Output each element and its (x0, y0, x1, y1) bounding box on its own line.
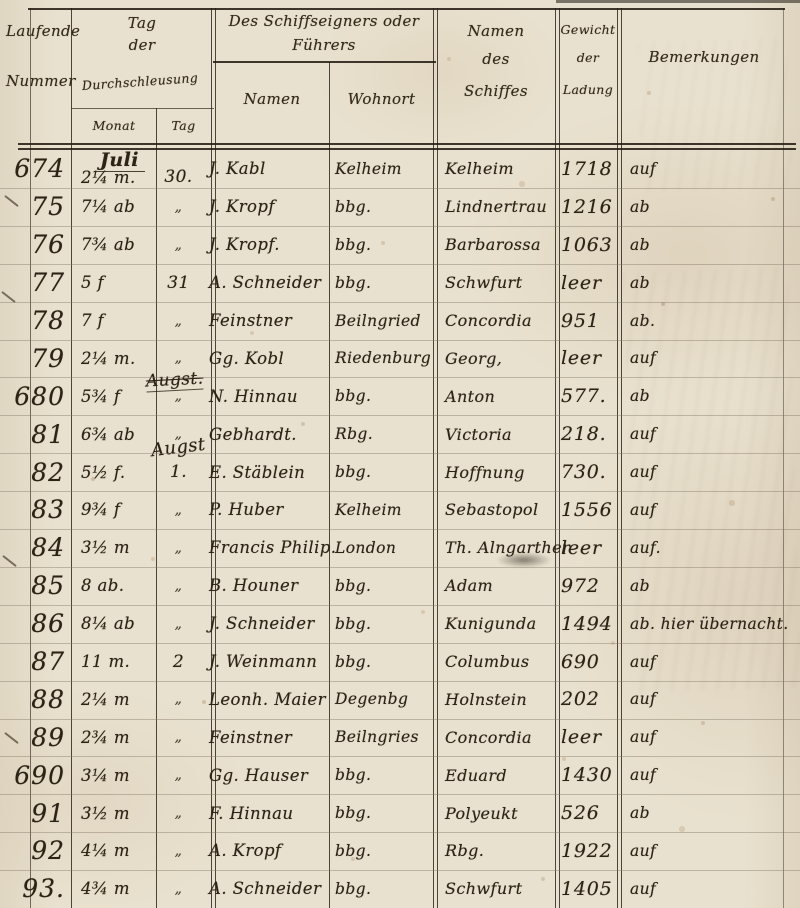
cell-schiffsname: Concordia (435, 718, 558, 756)
header-der-word: der (72, 36, 212, 54)
header-schiff-3: Schiffes (437, 82, 555, 100)
cell-tag: 31 (157, 264, 200, 302)
header-bemerkungen: Bemerkungen (625, 48, 783, 66)
cell-schiffseigner-name: Feinstner (200, 302, 330, 340)
header-laufende: Laufende (6, 22, 70, 40)
table-row: 88 2¼ m „ Leonh. Maier Degenbg Holnstein… (0, 680, 800, 718)
cell-schiffsname: Eduard (435, 756, 558, 794)
cell-wohnort: bbg. (330, 832, 435, 870)
cell-monat-uhrzeit: 4¾ m (72, 870, 157, 908)
cell-schiffsname: Adam (435, 567, 558, 605)
cell-wohnort: bbg. (330, 264, 435, 302)
cell-schiffseigner-name: A. Kropf (200, 832, 330, 870)
cell-schiffseigner-name: B. Houner (200, 567, 330, 605)
table-row: 75 7¼ ab „ J. Kropf bbg. Lindnertrau 121… (0, 188, 800, 226)
ruling-line (0, 340, 800, 341)
cell-wohnort: bbg. (330, 226, 435, 264)
cell-schiffsname: Columbus (435, 643, 558, 681)
table-row: 690 3¼ m „ Gg. Hauser bbg. Eduard 1430 a… (0, 756, 800, 794)
cell-schiffseigner-name: Leonh. Maier (200, 680, 330, 718)
cell-monat-uhrzeit: 2¼ m. (72, 150, 157, 188)
cell-bemerkung: auf (620, 339, 800, 377)
cell-bemerkung: auf. (620, 529, 800, 567)
table-row: 82 5½ f. 1. E. Stäblein bbg. Hoffnung 73… (0, 453, 800, 491)
cell-schiffseigner-name: A. Schneider (200, 264, 330, 302)
table-row: 85 8 ab. „ B. Houner bbg. Adam 972 ab (0, 567, 800, 605)
table-row: 76 7¾ ab „ J. Kropf. bbg. Barbarossa 106… (0, 226, 800, 264)
cell-tag: 1. (157, 453, 200, 491)
cell-wohnort: bbg. (330, 643, 435, 681)
ruling-line (0, 415, 800, 416)
header-ladung-1: Gewicht (557, 22, 619, 37)
cell-ladung-gewicht: 1063 (558, 226, 620, 264)
cell-wohnort: bbg. (330, 567, 435, 605)
cell-wohnort: Rbg. (330, 415, 435, 453)
cell-monat-uhrzeit: 4¼ m (72, 832, 157, 870)
cell-laufende-nummer: 77 (0, 264, 72, 302)
table-row: 89 2¾ m „ Feinstner Beilngries Concordia… (0, 718, 800, 756)
cell-schiffseigner-name: Gg. Kobl (200, 339, 330, 377)
cell-bemerkung: auf (620, 150, 800, 188)
cell-monat-uhrzeit: 8¼ ab (72, 605, 157, 643)
ruling-line (0, 529, 800, 530)
cell-tag: „ (157, 188, 200, 226)
header-schiff-2: des (437, 50, 555, 68)
cell-tag: „ (157, 339, 200, 377)
cell-bemerkung: ab. hier übernacht. (620, 605, 800, 643)
header-wohnort: Wohnort (330, 90, 433, 108)
cell-schiffseigner-name: N. Hinnau (200, 377, 330, 415)
cell-laufende-nummer: 75 (0, 188, 72, 226)
cell-monat-uhrzeit: 11 m. (72, 643, 157, 681)
header-monat: Monat (72, 118, 156, 133)
cell-schiffseigner-name: J. Weinmann (200, 643, 330, 681)
cell-bemerkung: auf (620, 643, 800, 681)
cell-wohnort: Degenbg (330, 680, 435, 718)
table-hline (28, 8, 785, 10)
cell-wohnort: bbg. (330, 188, 435, 226)
cell-laufende-nummer: 93. (0, 870, 72, 908)
cell-monat-uhrzeit: 5¾ f (72, 377, 157, 415)
cell-schiffsname: Lindnertrau (435, 188, 558, 226)
cell-wohnort: bbg. (330, 794, 435, 832)
cell-bemerkung: ab (620, 264, 800, 302)
cell-ladung-gewicht: 951 (558, 302, 620, 340)
ruling-line (0, 756, 800, 757)
cell-schiffsname: Victoria (435, 415, 558, 453)
cell-monat-uhrzeit: 5 f (72, 264, 157, 302)
ruling-line (0, 567, 800, 568)
ruling-line (0, 870, 800, 871)
table-row: 92 4¼ m „ A. Kropf bbg. Rbg. 1922 auf (0, 832, 800, 870)
cell-schiffseigner-name: Gg. Hauser (200, 756, 330, 794)
cell-wohnort: Kelheim (330, 150, 435, 188)
cell-laufende-nummer: 76 (0, 226, 72, 264)
cell-ladung-gewicht: 1718 (558, 150, 620, 188)
ruling-line (0, 832, 800, 833)
cell-ladung-gewicht: 972 (558, 567, 620, 605)
cell-bemerkung: auf (620, 756, 800, 794)
cell-laufende-nummer: 79 (0, 339, 72, 377)
cell-schiffsname: Kunigunda (435, 605, 558, 643)
cell-ladung-gewicht: 730. (558, 453, 620, 491)
cell-schiffsname: Georg, (435, 339, 558, 377)
table-row: 84 3½ m „ Francis Philip. London Th. Aln… (0, 529, 800, 567)
cell-schiffseigner-name: Feinstner (200, 718, 330, 756)
cell-tag: „ (157, 680, 200, 718)
cell-schiffsname: Polyeukt (435, 794, 558, 832)
cell-bemerkung: auf (620, 832, 800, 870)
cell-monat-uhrzeit: 8 ab. (72, 567, 157, 605)
cell-monat-uhrzeit: 7 f (72, 302, 157, 340)
cell-schiffseigner-name: A. Schneider (200, 870, 330, 908)
header-durchschleusung: Durchschleusung (64, 69, 217, 95)
ledger-page: Laufende Nummer Tag der Durchschleusung … (0, 0, 800, 908)
ruling-line (0, 719, 800, 720)
table-row: 674 2¼ m. 30. J. Kabl Kelheim Kelheim 17… (0, 150, 800, 188)
cell-schiffsname: Sebastopol (435, 491, 558, 529)
cell-ladung-gewicht: 1494 (558, 605, 620, 643)
table-hline (18, 143, 796, 145)
cell-ladung-gewicht: 1405 (558, 870, 620, 908)
table-row: 79 2¼ m. „ Gg. Kobl Riedenburg Georg, le… (0, 339, 800, 377)
table-row: 78 7 f „ Feinstner Beilngried Concordia … (0, 302, 800, 340)
cell-tag: „ (157, 718, 200, 756)
cell-monat-uhrzeit: 2¾ m (72, 718, 157, 756)
cell-laufende-nummer: 81 (0, 415, 72, 453)
cell-tag: „ (157, 567, 200, 605)
cell-laufende-nummer: 674 (0, 150, 72, 188)
header-tag: Tag (156, 118, 211, 133)
cell-bemerkung: auf (620, 680, 800, 718)
scan-edge (556, 0, 800, 3)
cell-monat-uhrzeit: 3¼ m (72, 756, 157, 794)
cell-tag: „ (157, 605, 200, 643)
ruling-line (0, 605, 800, 606)
cell-tag: „ (157, 377, 200, 415)
cell-tag: 2 (157, 643, 200, 681)
ruling-line (0, 453, 800, 454)
cell-monat-uhrzeit: 3½ m (72, 794, 157, 832)
header-tag-word: Tag (72, 14, 212, 32)
cell-laufende-nummer: 88 (0, 680, 72, 718)
cell-bemerkung: ab (620, 567, 800, 605)
cell-monat-uhrzeit: 2¼ m (72, 680, 157, 718)
cell-ladung-gewicht: 1922 (558, 832, 620, 870)
table-row: 87 11 m. 2 J. Weinmann bbg. Columbus 690… (0, 643, 800, 681)
cell-schiffsname: Schwfurt (435, 870, 558, 908)
cell-tag: 30. (157, 150, 200, 188)
ruling-line (0, 226, 800, 227)
ruling-line (0, 643, 800, 644)
cell-schiffsname: Kelheim (435, 150, 558, 188)
header-fuehrers: Führers (213, 36, 435, 54)
cell-schiffsname: Th. Alngarther (435, 529, 558, 567)
cell-schiffseigner-name: P. Huber (200, 491, 330, 529)
cell-laufende-nummer: 85 (0, 567, 72, 605)
cell-tag: „ (157, 415, 200, 453)
cell-schiffseigner-name: J. Kropf. (200, 226, 330, 264)
cell-laufende-nummer: 82 (0, 453, 72, 491)
cell-monat-uhrzeit: 7¾ ab (72, 226, 157, 264)
table-row: 81 6¾ ab „ Gebhardt. Rbg. Victoria 218. … (0, 415, 800, 453)
ruling-line (0, 302, 800, 303)
cell-monat-uhrzeit: 7¼ ab (72, 188, 157, 226)
cell-tag: „ (157, 302, 200, 340)
ruling-line (0, 681, 800, 682)
cell-ladung-gewicht: 577. (558, 377, 620, 415)
ruling-line (0, 377, 800, 378)
cell-laufende-nummer: 91 (0, 794, 72, 832)
cell-schiffsname: Concordia (435, 302, 558, 340)
cell-laufende-nummer: 89 (0, 718, 72, 756)
cell-schiffsname: Hoffnung (435, 453, 558, 491)
cell-wohnort: bbg. (330, 377, 435, 415)
cell-bemerkung: ab (620, 188, 800, 226)
cell-bemerkung: auf (620, 870, 800, 908)
cell-bemerkung: ab. (620, 302, 800, 340)
cell-laufende-nummer: 86 (0, 605, 72, 643)
cell-laufende-nummer: 680 (0, 377, 72, 415)
cell-ladung-gewicht: leer (558, 718, 620, 756)
cell-schiffsname: Holnstein (435, 680, 558, 718)
cell-bemerkung: ab (620, 226, 800, 264)
cell-wohnort: Kelheim (330, 491, 435, 529)
cell-wohnort: bbg. (330, 870, 435, 908)
cell-bemerkung: auf (620, 453, 800, 491)
cell-tag: „ (157, 870, 200, 908)
cell-wohnort: Beilngried (330, 302, 435, 340)
table-hline (71, 108, 214, 109)
cell-laufende-nummer: 84 (0, 529, 72, 567)
cell-ladung-gewicht: leer (558, 529, 620, 567)
cell-laufende-nummer: 87 (0, 643, 72, 681)
table-row: 86 8¼ ab „ J. Schneider bbg. Kunigunda 1… (0, 605, 800, 643)
cell-schiffsname: Schwfurt (435, 264, 558, 302)
cell-wohnort: London (330, 529, 435, 567)
cell-bemerkung: ab (620, 794, 800, 832)
cell-bemerkung: auf (620, 415, 800, 453)
cell-schiffsname: Barbarossa (435, 226, 558, 264)
cell-schiffseigner-name: E. Stäblein (200, 453, 330, 491)
cell-schiffseigner-name: J. Kabl (200, 150, 330, 188)
cell-ladung-gewicht: leer (558, 264, 620, 302)
cell-schiffsname: Rbg. (435, 832, 558, 870)
cell-wohnort: bbg. (330, 453, 435, 491)
cell-bemerkung: auf (620, 491, 800, 529)
cell-ladung-gewicht: 218. (558, 415, 620, 453)
cell-bemerkung: ab (620, 377, 800, 415)
cell-laufende-nummer: 83 (0, 491, 72, 529)
cell-schiffseigner-name: Gebhardt. (200, 415, 330, 453)
cell-tag: „ (157, 226, 200, 264)
cell-wohnort: Riedenburg (330, 339, 435, 377)
cell-ladung-gewicht: 202 (558, 680, 620, 718)
cell-wohnort: bbg. (330, 756, 435, 794)
cell-monat-uhrzeit: 5½ f. (72, 453, 157, 491)
cell-schiffsname: Anton (435, 377, 558, 415)
cell-schiffseigner-name: J. Schneider (200, 605, 330, 643)
header-nummer: Nummer (6, 72, 70, 90)
cell-laufende-nummer: 92 (0, 832, 72, 870)
table-row: 680 5¾ f „ N. Hinnau bbg. Anton 577. ab (0, 377, 800, 415)
cell-ladung-gewicht: 1216 (558, 188, 620, 226)
cell-ladung-gewicht: leer (558, 339, 620, 377)
cell-ladung-gewicht: 690 (558, 643, 620, 681)
cell-tag: „ (157, 756, 200, 794)
header-ladung-3: Ladung (555, 82, 621, 97)
header-schiffseigner: Des Schiffseigners oder (213, 12, 435, 30)
cell-ladung-gewicht: 526 (558, 794, 620, 832)
ruling-line (0, 491, 800, 492)
cell-monat-uhrzeit: 3½ m (72, 529, 157, 567)
cell-bemerkung: auf (620, 718, 800, 756)
cell-schiffseigner-name: Francis Philip. (200, 529, 330, 567)
paper-speckles (0, 0, 2, 2)
cell-tag: „ (157, 491, 200, 529)
cell-monat-uhrzeit: 6¾ ab (72, 415, 157, 453)
table-row: 77 5 f 31 A. Schneider bbg. Schwfurt lee… (0, 264, 800, 302)
ruling-line (0, 188, 800, 189)
table-row: 93. 4¾ m „ A. Schneider bbg. Schwfurt 14… (0, 870, 800, 908)
cell-wohnort: Beilngries (330, 718, 435, 756)
cell-monat-uhrzeit: 9¾ f (72, 491, 157, 529)
cell-laufende-nummer: 690 (0, 756, 72, 794)
header-schiff-1: Namen (437, 22, 555, 40)
cell-wohnort: bbg. (330, 605, 435, 643)
cell-monat-uhrzeit: 2¼ m. (72, 339, 157, 377)
cell-tag: „ (157, 529, 200, 567)
ruling-line (0, 794, 800, 795)
cell-schiffseigner-name: J. Kropf (200, 188, 330, 226)
header-ladung-2: der (557, 50, 619, 65)
table-row: 83 9¾ f „ P. Huber Kelheim Sebastopol 15… (0, 491, 800, 529)
cell-ladung-gewicht: 1430 (558, 756, 620, 794)
cell-tag: „ (157, 832, 200, 870)
table-row: 91 3½ m „ F. Hinnau bbg. Polyeukt 526 ab (0, 794, 800, 832)
cell-schiffseigner-name: F. Hinnau (200, 794, 330, 832)
cell-laufende-nummer: 78 (0, 302, 72, 340)
header-namen: Namen (215, 90, 329, 108)
cell-ladung-gewicht: 1556 (558, 491, 620, 529)
table-hline (213, 61, 436, 63)
cell-tag: „ (157, 794, 200, 832)
ruling-line (0, 264, 800, 265)
